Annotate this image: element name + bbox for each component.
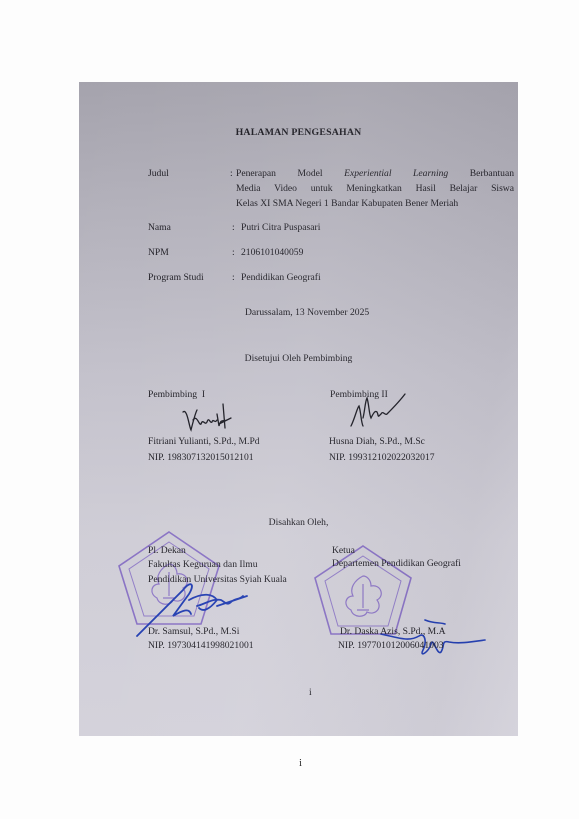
field-value-npm: 2106101040059 (241, 247, 303, 259)
date-line: Darussalam, 13 November 2025 (245, 307, 369, 319)
advisor-1-nip: NIP. 198307132015012101 (148, 452, 254, 464)
field-value-program-studi: Pendidikan Geografi (241, 272, 321, 284)
page-heading: HALAMAN PENGESAHAN (79, 127, 518, 139)
title-italic-part: Experiential Learning (344, 168, 448, 179)
official-1-nip: NIP. 197304141998021001 (148, 640, 254, 652)
official-2-role-line-2: Departemen Pendidikan Geografi (332, 558, 461, 570)
viewer-page-number: i (299, 757, 302, 769)
title-part: Penerapan Model (236, 168, 323, 179)
title-part: Berbantuan (470, 168, 514, 179)
field-value-nama: Putri Citra Puspasari (241, 222, 320, 234)
scanned-page-photo: ​ HALAMAN PENGESAHAN Judul : Penerapan M… (79, 82, 518, 736)
photo-page-number: i (309, 687, 312, 699)
thesis-title-line-2: Media Video untuk Meningkatkan Hasil Bel… (236, 183, 514, 195)
approved-by-heading: Disetujui Oleh Pembimbing (79, 353, 518, 365)
field-label-nama: Nama (148, 222, 171, 234)
field-colon: : (232, 222, 235, 234)
official-1-role-line-1: Pl. Dekan (148, 545, 186, 557)
field-colon: : (232, 272, 235, 284)
advisor-1-signature (179, 400, 235, 436)
advisor-2-signature (347, 388, 409, 432)
thesis-title-line-1: Penerapan Model Experiential Learning Be… (236, 168, 514, 180)
field-label-program-studi: Program Studi (148, 272, 204, 284)
official-2-name: Dr. Daska Azis, S.Pd., M.A (340, 626, 446, 638)
official-2-role-line-1: Ketua (332, 545, 355, 557)
field-label-npm: NPM (148, 247, 169, 259)
advisor-1-name: Fitriani Yulianti, S.Pd., M.Pd (148, 436, 260, 448)
official-2-nip: NIP. 197701012006041003 (338, 640, 444, 652)
field-colon: : (232, 247, 235, 259)
official-1-name: Dr. Samsul, S.Pd., M.Si (148, 626, 239, 638)
advisor-2-nip: NIP. 199312102022032017 (329, 452, 435, 464)
field-label-judul: Judul (148, 168, 169, 180)
thesis-title-line-3: Kelas XI SMA Negeri 1 Bandar Kabupaten B… (236, 198, 458, 210)
advisor-2-name: Husna Diah, S.Pd., M.Sc (329, 436, 425, 448)
field-colon: : (230, 168, 233, 180)
